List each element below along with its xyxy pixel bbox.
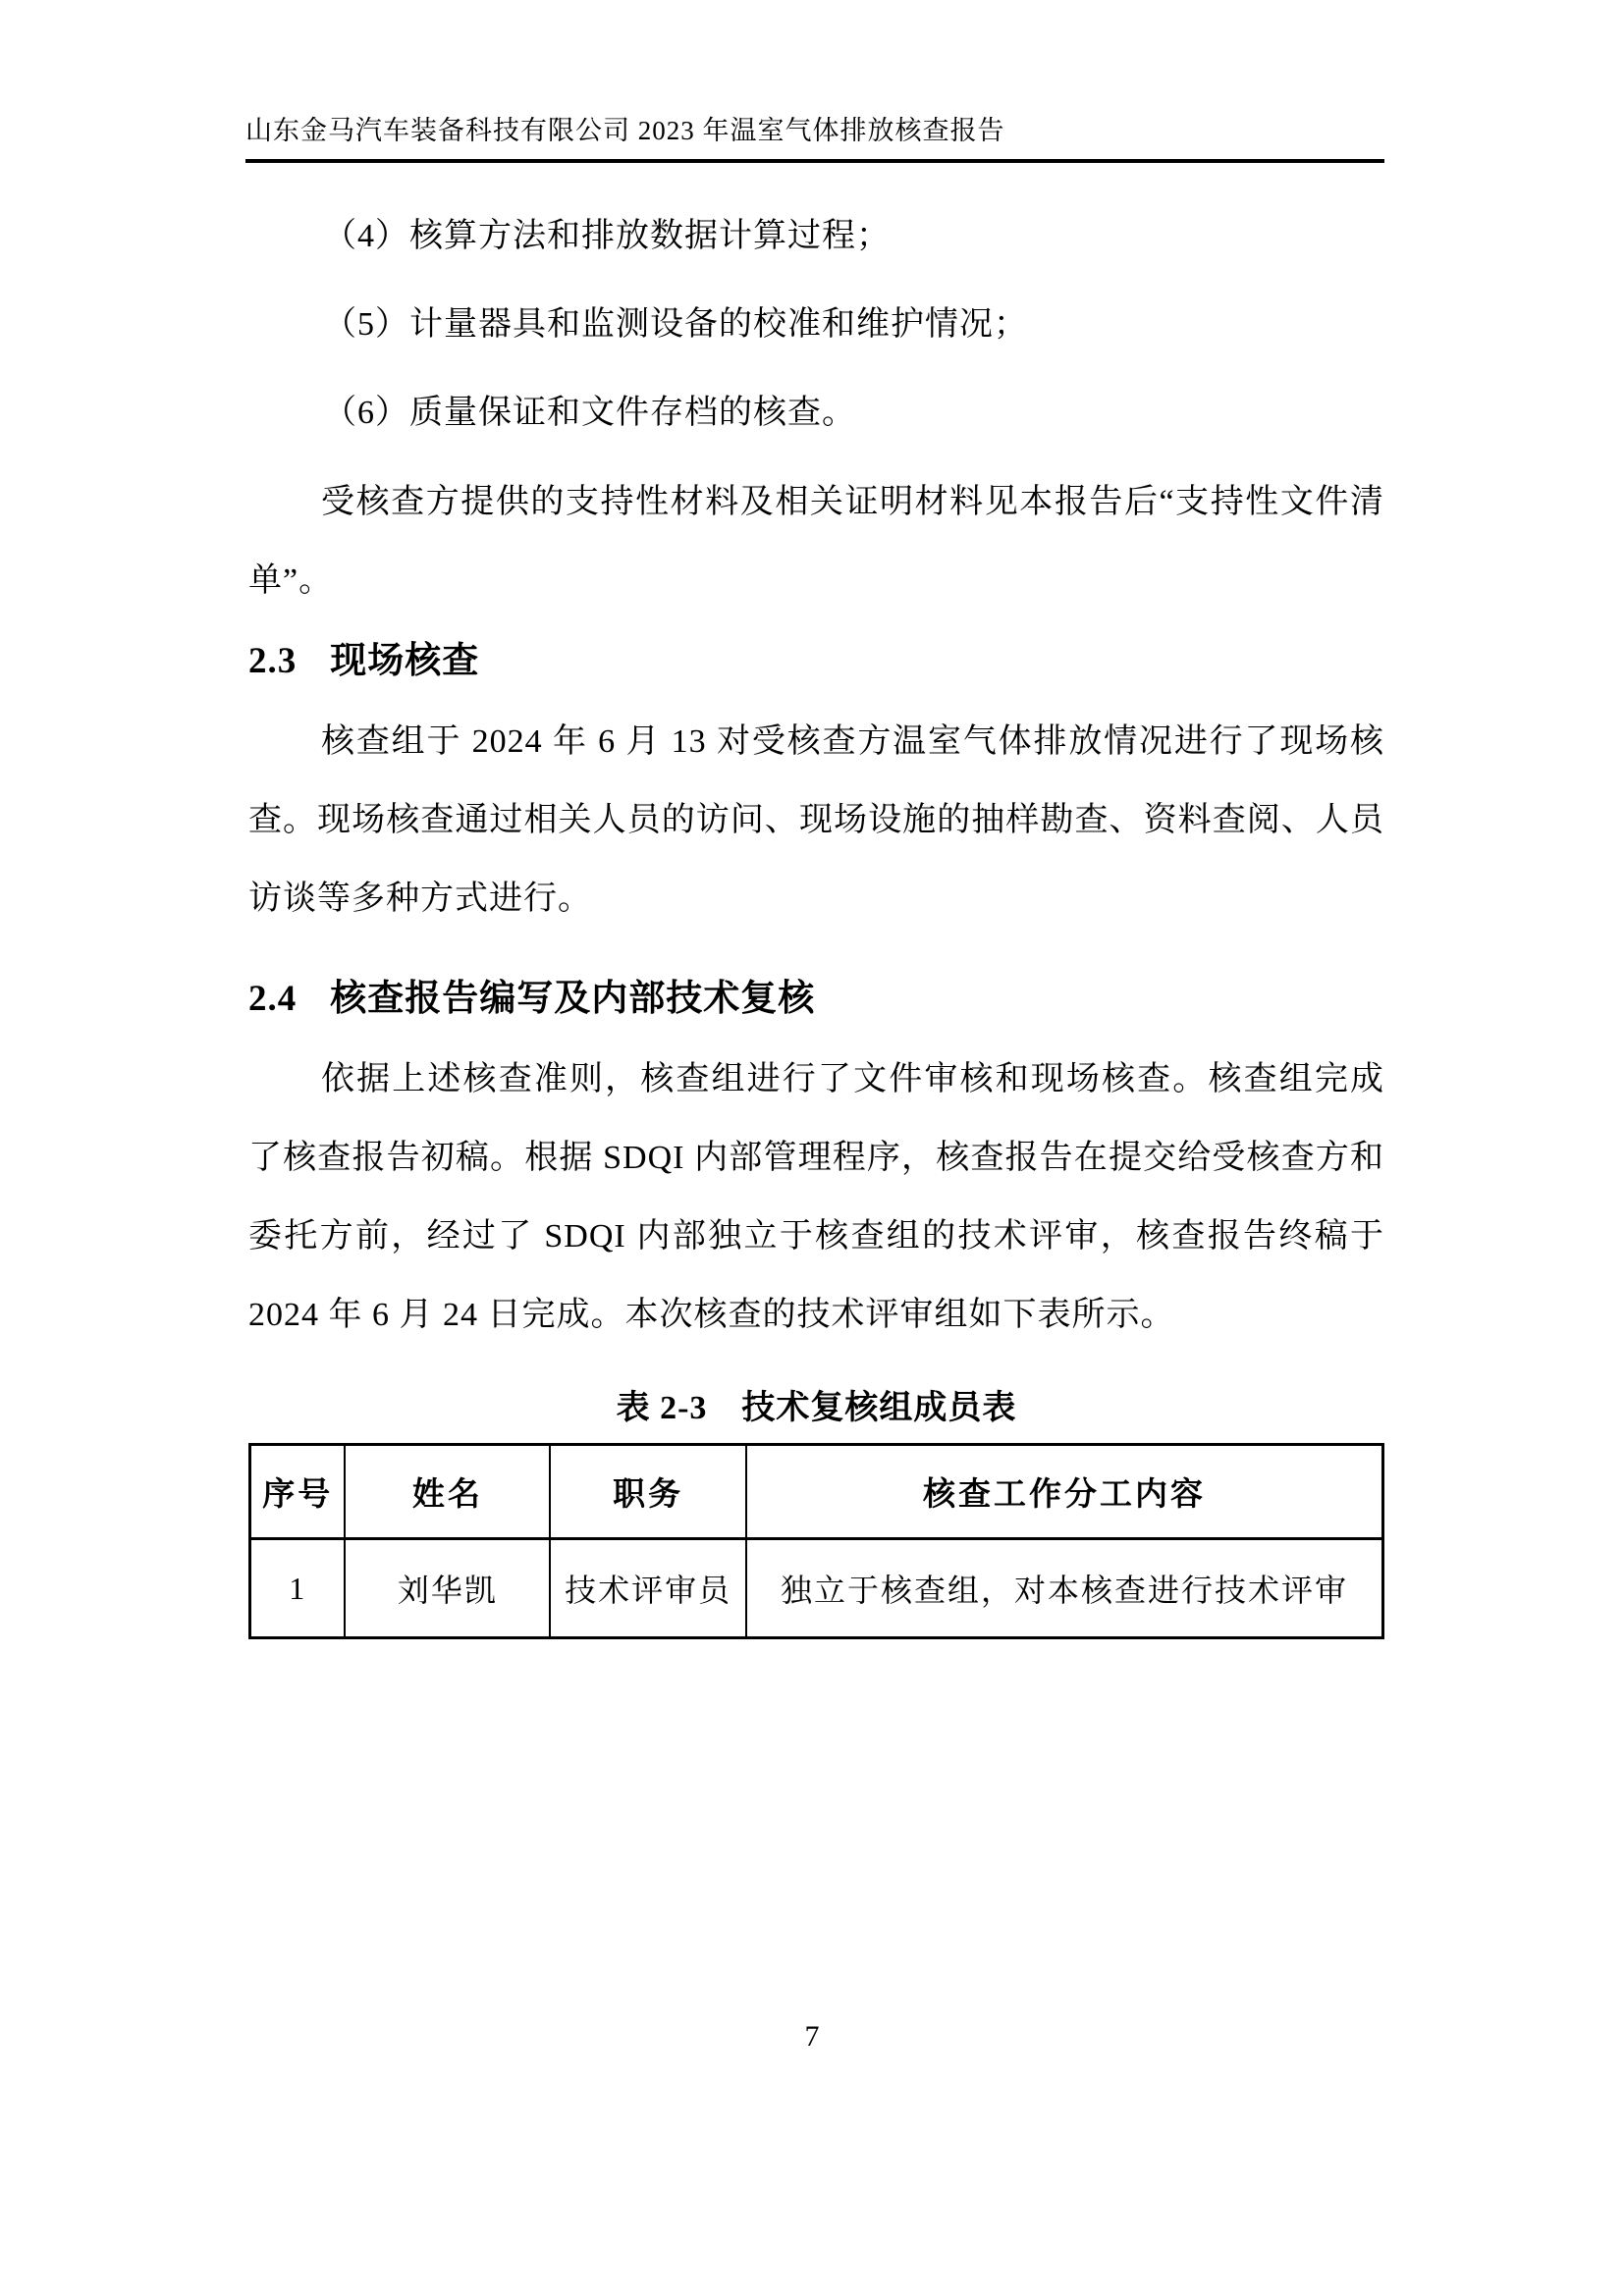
section-heading-2-3: 2.3现场核查 xyxy=(248,632,1384,691)
page-header: 山东金马汽车装备科技有限公司 2023 年温室气体排放核查报告 xyxy=(245,114,1384,163)
list-item-5: （5）计量器具和监测设备的校准和维护情况； xyxy=(248,281,1384,369)
table-header-row: 序号 姓名 职务 核查工作分工内容 xyxy=(250,1445,1383,1539)
table-caption: 表 2-3 技术复核组成员表 xyxy=(248,1384,1384,1433)
paragraph-onsite-verification: 核查组于 2024 年 6 月 13 对受核查方温室气体排放情况进行了现场核查。… xyxy=(248,703,1384,938)
technical-review-members-table: 序号 姓名 职务 核查工作分工内容 1 刘华凯 技术评审员 独立于核查组，对本核… xyxy=(248,1443,1384,1639)
header-title: 山东金马汽车装备科技有限公司 2023 年温室气体排放核查报告 xyxy=(245,114,1384,147)
header-cell-index: 序号 xyxy=(250,1445,346,1539)
page-number: 7 xyxy=(0,2020,1624,2054)
section-number: 2.3 xyxy=(248,641,297,681)
list-item-6: （6）质量保证和文件存档的核查。 xyxy=(248,369,1384,457)
paragraph-supporting-materials: 受核查方提供的支持性材料及相关证明材料见本报告后“支持性文件清单”。 xyxy=(248,463,1384,620)
document-page: 山东金马汽车装备科技有限公司 2023 年温室气体排放核查报告 （4）核算方法和… xyxy=(0,0,1624,2296)
paragraph-report-review: 依据上述核查准则，核查组进行了文件审核和现场核查。核查组完成了核查报告初稿。根据… xyxy=(248,1041,1384,1355)
cell-index: 1 xyxy=(250,1539,346,1638)
header-cell-role: 职务 xyxy=(550,1445,746,1539)
document-body: （4）核算方法和排放数据计算过程； （5）计量器具和监测设备的校准和维护情况； … xyxy=(248,192,1384,1639)
header-cell-name: 姓名 xyxy=(345,1445,550,1539)
header-cell-scope: 核查工作分工内容 xyxy=(746,1445,1383,1539)
cell-role: 技术评审员 xyxy=(550,1539,746,1638)
cell-name: 刘华凯 xyxy=(345,1539,550,1638)
section-number: 2.4 xyxy=(248,979,297,1019)
table-row: 1 刘华凯 技术评审员 独立于核查组，对本核查进行技术评审 xyxy=(250,1539,1383,1638)
cell-scope: 独立于核查组，对本核查进行技术评审 xyxy=(746,1539,1383,1638)
section-heading-2-4: 2.4核查报告编写及内部技术复核 xyxy=(248,970,1384,1029)
list-item-4: （4）核算方法和排放数据计算过程； xyxy=(248,192,1384,281)
section-title: 核查报告编写及内部技术复核 xyxy=(330,979,815,1019)
section-title: 现场核查 xyxy=(330,641,479,681)
